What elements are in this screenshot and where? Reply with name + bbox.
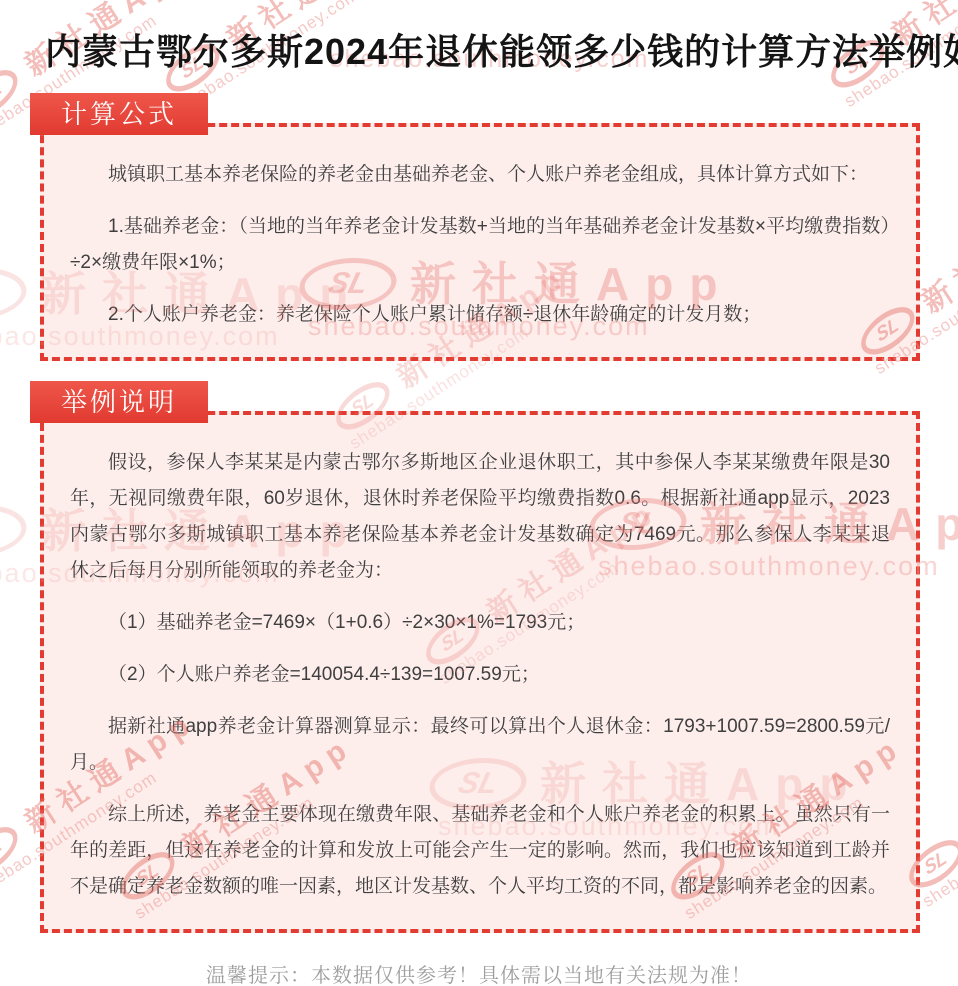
formula-box: 城镇职工基本养老保险的养老金由基础养老金、个人账户养老金组成，具体计算方式如下：… — [40, 123, 920, 361]
brand-logo-icon: SL — [0, 505, 32, 557]
brand-logo-icon: SL — [0, 60, 23, 127]
footer-disclaimer: 温馨提示：本数据仅供参考！具体需以当地有关法规为准！ — [0, 959, 958, 986]
formula-box-content: 城镇职工基本养老保险的养老金由基础养老金、个人账户养老金组成，具体计算方式如下：… — [70, 157, 890, 333]
section-example: 举例说明 假设，参保人李某某是内蒙古鄂尔多斯地区企业退休职工，其中参保人李某某缴… — [40, 381, 920, 933]
paragraph: 城镇职工基本养老保险的养老金由基础养老金、个人账户养老金组成，具体计算方式如下： — [70, 157, 890, 193]
page-title: 内蒙古鄂尔多斯2024年退休能领多少钱的计算方法举例如下： — [45, 24, 938, 75]
example-box: 假设，参保人李某某是内蒙古鄂尔多斯地区企业退休职工，其中参保人李某某缴费年限是3… — [40, 411, 920, 933]
example-badge: 举例说明 — [30, 381, 208, 423]
watermark-site-url: shebao.southmoney.com — [920, 747, 958, 910]
paragraph: 2.个人账户养老金：养老保险个人账户累计储存额÷退休年龄确定的计发月数； — [70, 297, 890, 333]
section-formula: 计算公式 城镇职工基本养老保险的养老金由基础养老金、个人账户养老金组成，具体计算… — [40, 93, 920, 361]
paragraph: 综上所述，养老金主要体现在缴费年限、基础养老金和个人账户养老金的积累上。虽然只有… — [70, 797, 890, 905]
paragraph: （2）个人账户养老金=140054.4÷139=1007.59元； — [70, 657, 890, 693]
paragraph: 据新社通app养老金计算器测算显示：最终可以算出个人退休金：1793+1007.… — [70, 709, 890, 781]
paragraph: 1.基础养老金：（当地的当年养老金计发基数+当地的当年基础养老金计发基数×平均缴… — [70, 209, 890, 281]
paragraph: 假设，参保人李某某是内蒙古鄂尔多斯地区企业退休职工，其中参保人李某某缴费年限是3… — [70, 445, 890, 589]
paragraph: （1）基础养老金=7469×（1+0.6）÷2×30×1%=1793元； — [70, 605, 890, 641]
brand-logo-icon: SL — [0, 268, 32, 320]
watermark-app-name: 新社通App — [917, 186, 958, 319]
formula-badge: 计算公式 — [30, 93, 208, 135]
brand-logo-icon: SL — [0, 817, 23, 884]
example-box-content: 假设，参保人李某某是内蒙古鄂尔多斯地区企业退休职工，其中参保人李某某缴费年限是3… — [70, 445, 890, 905]
